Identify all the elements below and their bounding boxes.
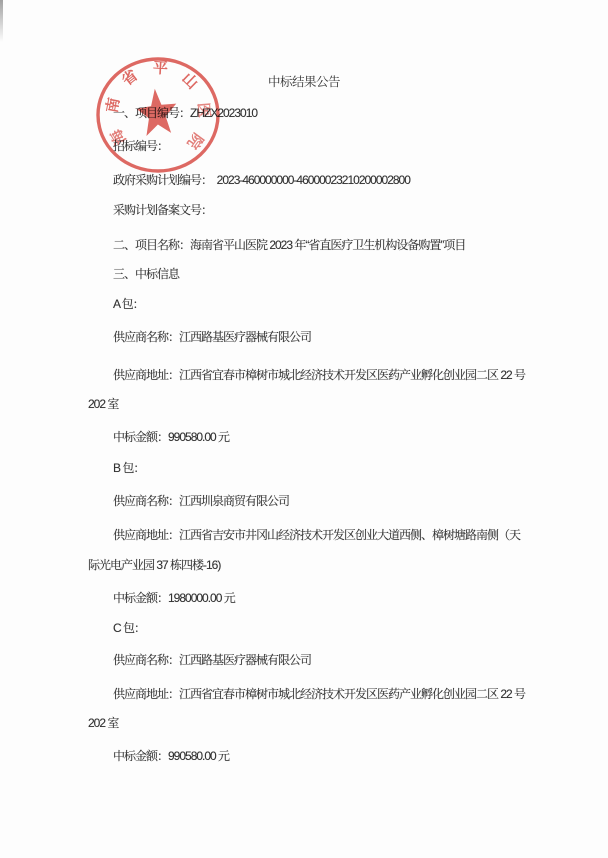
line-tender-number: 招标编号： <box>113 139 168 154</box>
line-package-b: B 包： <box>113 461 144 476</box>
line-project-number: 一、项目编号：ZHZX2023010 <box>113 106 257 121</box>
line-supplier-address-b: 供应商地址：江西省吉安市井冈山经济技术开发区创业大道西侧、樟树塘路南侧（天 <box>113 528 520 543</box>
line-supplier-address-c-cont: 202 室 <box>88 716 118 731</box>
line-supplier-address-b-cont: 际光电产业园 37 栋四楼-16) <box>88 558 220 573</box>
line-supplier-address-c: 供应商地址：江西省宜春市樟树市城北经济技术开发区医药产业孵化创业园二区 22 号 <box>113 687 525 702</box>
line-supplier-name-c: 供应商名称：江西路基医疗器械有限公司 <box>113 653 311 668</box>
line-plan-filing-number: 采购计划备案文号： <box>113 203 212 218</box>
seal-text-char: 院 <box>184 130 207 153</box>
scanned-document-page: 中标结果公告 一、项目编号：ZHZX2023010 招标编号： 政府采购计划编号… <box>0 0 608 858</box>
line-award-amount-c: 中标金额：990580.00 元 <box>113 749 229 764</box>
line-award-info-heading: 三、中标信息 <box>113 267 179 282</box>
line-supplier-name-b: 供应商名称：江西圳泉商贸有限公司 <box>113 494 289 509</box>
line-supplier-address-a: 供应商地址：江西省宜春市樟树市城北经济技术开发区医药产业孵化创业园二区 22 号 <box>113 368 525 383</box>
line-package-a: A 包： <box>113 297 144 312</box>
line-award-amount-a: 中标金额：990580.00 元 <box>113 430 229 445</box>
doc-title: 中标结果公告 <box>0 75 608 90</box>
line-supplier-address-a-cont: 202 室 <box>88 397 118 412</box>
line-package-c: C 包： <box>113 621 145 636</box>
line-supplier-name-a: 供应商名称：江西路基医疗器械有限公司 <box>113 330 311 345</box>
line-award-amount-b: 中标金额：1980000.00 元 <box>113 591 235 606</box>
line-project-name: 二、项目名称：海南省平山医院 2023 年“省直医疗卫生机构设备购置”项目 <box>113 238 465 253</box>
line-procurement-plan-number: 政府采购计划编号： 2023-460000000-460000232102000… <box>113 173 410 188</box>
scan-artifact <box>0 0 3 42</box>
